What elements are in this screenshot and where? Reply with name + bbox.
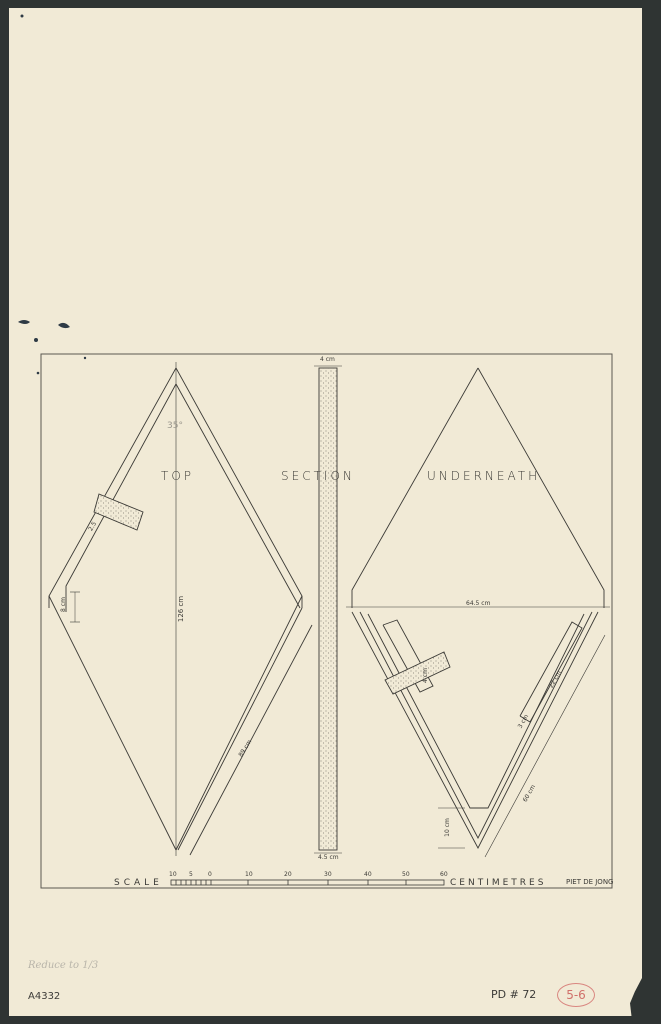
dimension-section-top: 4 cm	[320, 356, 335, 363]
view-label-section: SECTION	[281, 469, 355, 483]
view-label-underneath: UNDERNEATH	[427, 469, 540, 483]
pd-number: PD # 72	[491, 988, 536, 1001]
scale-tick-0: 0	[208, 871, 212, 878]
scale-tick-20: 20	[284, 871, 292, 878]
scale-label: SCALE	[114, 878, 163, 888]
dimension-section-bottom: 4.5 cm	[318, 854, 339, 861]
circled-reference: 5-6	[557, 983, 595, 1007]
scale-units: CENTIMETRES	[450, 878, 546, 888]
scale-bar	[171, 880, 444, 885]
section-view	[314, 366, 342, 853]
scale-tick-10-neg: 10	[169, 871, 177, 878]
pencil-note: Reduce to 1/3	[28, 960, 98, 971]
underneath-view	[346, 368, 610, 857]
scale-tick-10: 10	[245, 871, 253, 878]
scale-tick-30: 30	[324, 871, 332, 878]
scale-tick-5-neg: 5	[189, 871, 193, 878]
dimension-underneath-notch: 4 cm	[422, 668, 429, 683]
scale-tick-60: 60	[440, 871, 448, 878]
dimension-top-side: 8 cm	[60, 597, 67, 612]
scale-tick-50: 50	[402, 871, 410, 878]
dimension-underneath-bottom: 10 cm	[444, 818, 451, 837]
dimension-top-angle: 35°	[167, 421, 183, 431]
artist-signature: PIET DE JONG	[566, 878, 613, 886]
ink-stains	[18, 15, 86, 375]
scale-tick-40: 40	[364, 871, 372, 878]
catalog-number: A4332	[28, 991, 60, 1002]
view-label-top: TOP	[161, 469, 194, 483]
dimension-top-height: 126 cm	[177, 596, 185, 622]
dimension-underneath-width: 64.5 cm	[466, 600, 490, 607]
